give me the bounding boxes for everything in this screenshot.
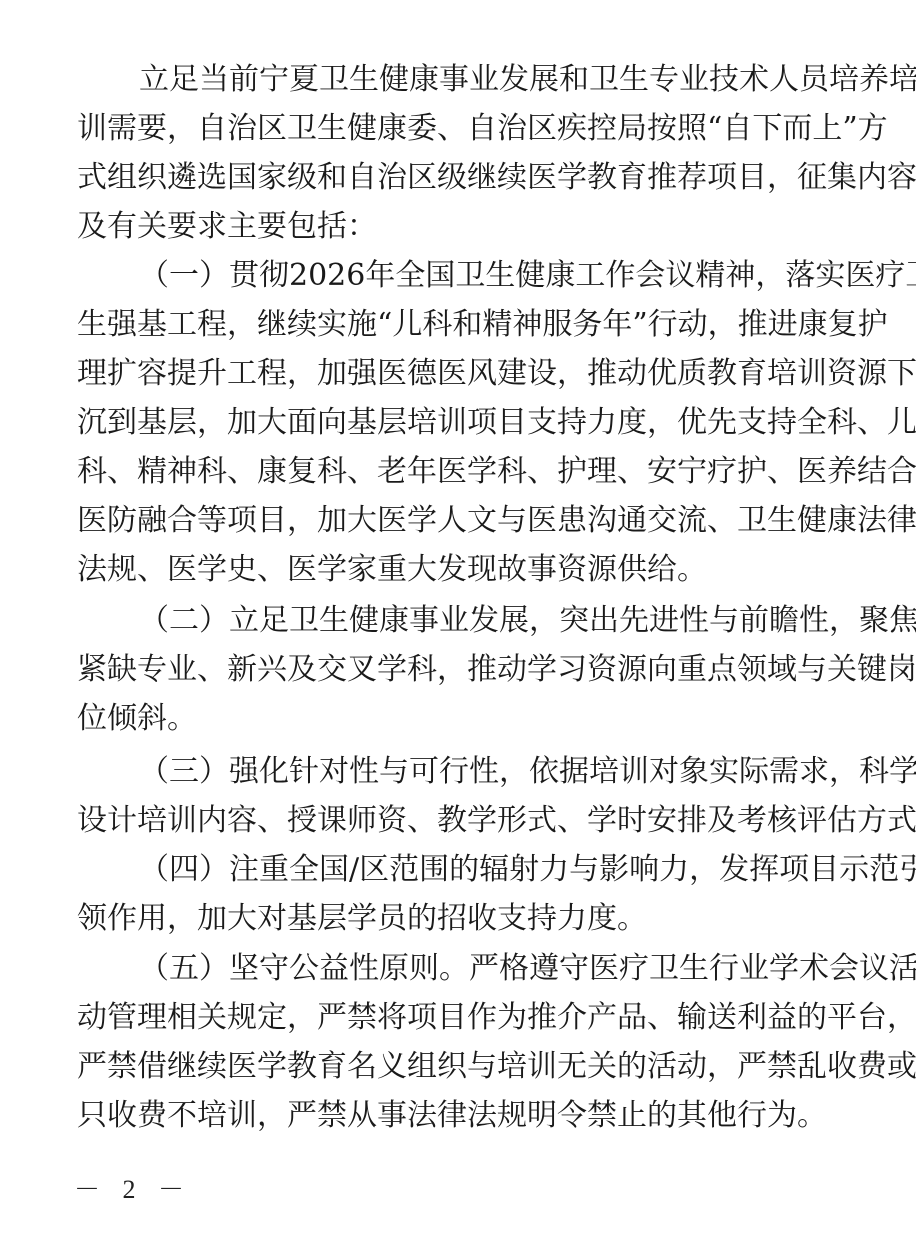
item-1-line-3: 理扩容提升工程，加强医德医风建设，推动优质教育培训资源下	[77, 349, 833, 398]
item-2-line-3: 位倾斜。	[77, 694, 833, 743]
item-1-line-4: 沉到基层，加大面向基层培训项目支持力度，优先支持全科、儿	[77, 398, 833, 447]
item-1-line-1: （一）贯彻2026年全国卫生健康工作会议精神，落实医疗卫	[139, 251, 833, 300]
document-page: 立足当前宁夏卫生健康事业发展和卫生专业技术人员培养培 训需要，自治区卫生健康委、…	[0, 0, 916, 1242]
item-5-line-4: 只收费不培训，严禁从事法律法规明令禁止的其他行为。	[77, 1091, 833, 1140]
item-2-line-1: （二）立足卫生健康事业发展，突出先进性与前瞻性，聚焦	[139, 596, 833, 645]
item-1-line-2: 生强基工程，继续实施“儿科和精神服务年”行动，推进康复护	[77, 300, 833, 349]
item-4-line-1: （四）注重全国/区范围的辐射力与影响力，发挥项目示范引	[139, 845, 833, 894]
item-1-line-5: 科、精神科、康复科、老年医学科、护理、安宁疗护、医养结合、	[77, 447, 833, 496]
item-4-line-2: 领作用，加大对基层学员的招收支持力度。	[77, 894, 833, 943]
item-5-line-1: （五）坚守公益性原则。严格遵守医疗卫生行业学术会议活	[139, 944, 833, 993]
paragraph-intro-line-3: 式组织遴选国家级和自治区级继续医学教育推荐项目，征集内容	[77, 153, 833, 202]
item-3-line-2: 设计培训内容、授课师资、教学形式、学时安排及考核评估方式。	[77, 796, 833, 845]
paragraph-intro-line-2: 训需要，自治区卫生健康委、自治区疾控局按照“自下而上”方	[77, 104, 833, 153]
item-5-line-2: 动管理相关规定，严禁将项目作为推介产品、输送利益的平台，	[77, 993, 833, 1042]
item-5-line-3: 严禁借继续医学教育名义组织与培训无关的活动，严禁乱收费或	[77, 1042, 833, 1091]
page-number: － 2 －	[74, 1172, 192, 1208]
item-2-line-2: 紧缺专业、新兴及交叉学科，推动学习资源向重点领域与关键岗	[77, 645, 833, 694]
paragraph-intro-line-4: 及有关要求主要包括：	[77, 202, 833, 251]
item-1-line-6: 医防融合等项目，加大医学人文与医患沟通交流、卫生健康法律	[77, 496, 833, 545]
item-3-line-1: （三）强化针对性与可行性，依据培训对象实际需求，科学	[139, 747, 833, 796]
paragraph-intro-line-1: 立足当前宁夏卫生健康事业发展和卫生专业技术人员培养培	[139, 55, 833, 104]
item-1-line-7: 法规、医学史、医学家重大发现故事资源供给。	[77, 545, 833, 594]
